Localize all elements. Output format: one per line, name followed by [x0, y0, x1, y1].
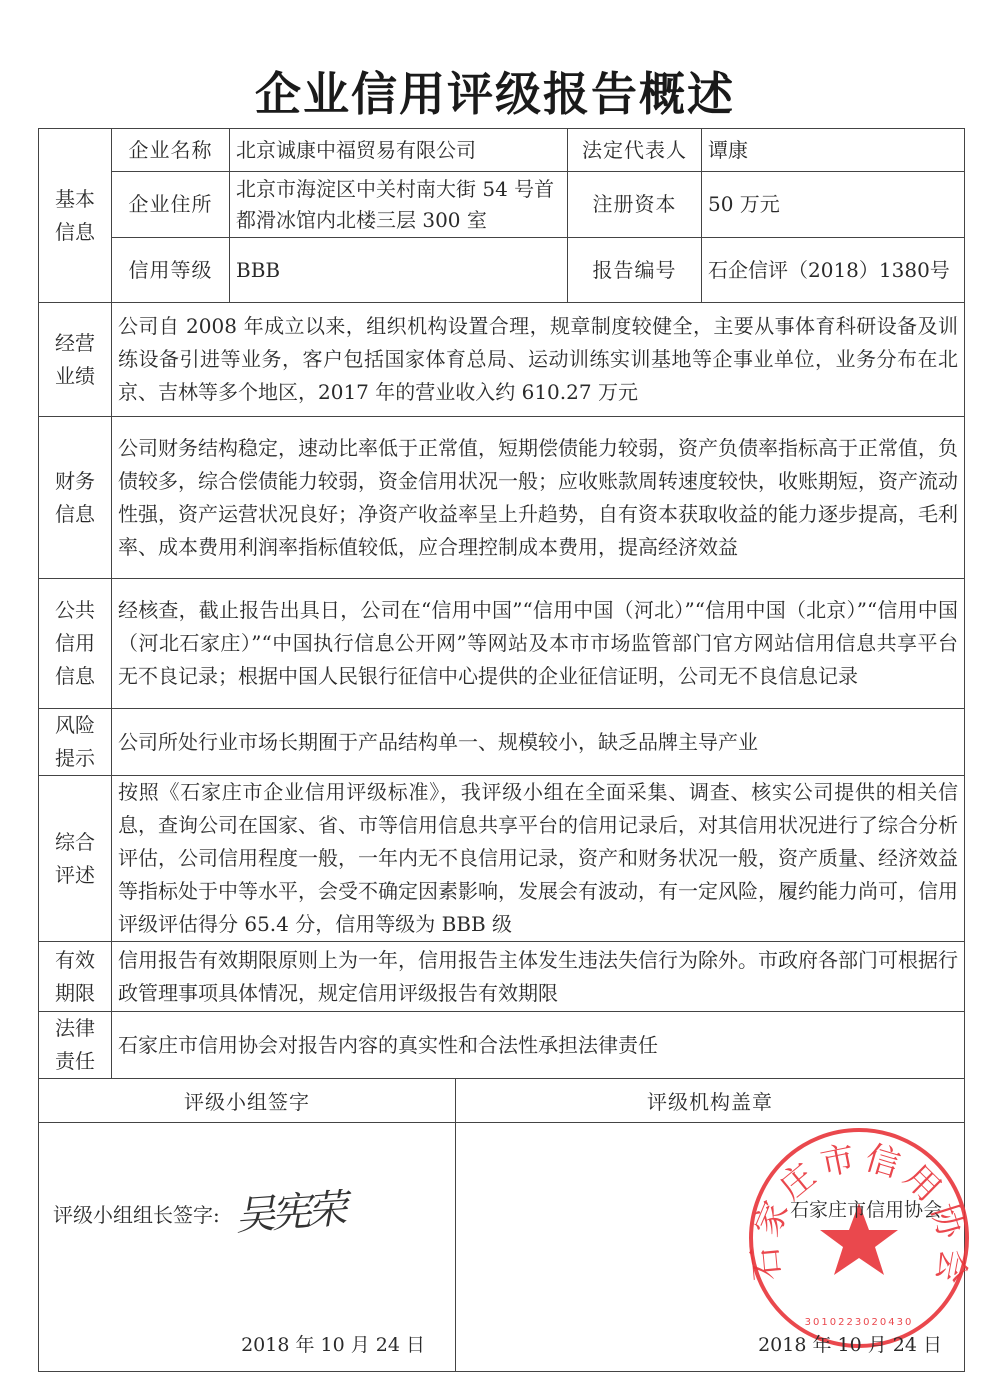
rating-agency-seal-cell: 石家庄市信用协会 3010223020430 石家庄市信用协会 2018 年 1…	[456, 1123, 965, 1372]
public-credit-info-text: 经核查，截止报告出具日，公司在“信用中国”“信用中国（河北）”“信用中国（北京）…	[112, 579, 965, 709]
row-company-name: 基本信息 企业名称 北京诚康中福贸易有限公司 法定代表人 谭康	[39, 129, 965, 172]
row-company-address: 企业住所 北京市海淀区中关村南大街 54 号首都滑冰馆内北楼三层 300 室 注…	[39, 172, 965, 238]
legal-liability-text: 石家庄市信用协会对报告内容的真实性和合法性承担法律责任	[112, 1012, 965, 1079]
registered-capital-value: 50 万元	[702, 172, 965, 238]
report-document: 基本信息 企业名称 北京诚康中福贸易有限公司 法定代表人 谭康 企业住所 北京市…	[38, 128, 964, 1372]
business-performance-text: 公司自 2008 年成立以来，组织机构设置合理，规章制度较健全，主要从事体育科研…	[112, 303, 965, 417]
row-risk-warning: 风险提示 公司所处行业市场长期囿于产品结构单一、规模较小，缺乏品牌主导产业	[39, 709, 965, 776]
section-label-basic-info: 基本信息	[39, 129, 112, 303]
section-label: 经营业绩	[39, 303, 112, 417]
row-financial-info: 财务信息 公司财务结构稳定，速动比率低于正常值，短期偿债能力较弱，资产负债率指标…	[39, 417, 965, 579]
rating-agency-seal-header: 评级机构盖章	[456, 1079, 965, 1123]
official-seal-icon: 石家庄市信用协会 3010223020430	[746, 1125, 972, 1351]
label-basic-1: 基本	[55, 187, 95, 211]
rating-team-signature-header: 评级小组签字	[39, 1079, 456, 1123]
section-label: 风险提示	[39, 709, 112, 776]
section-label: 财务信息	[39, 417, 112, 579]
overall-review-text: 按照《石家庄市企业信用评级标准》，我评级小组在全面采集、调查、核实公司提供的相关…	[112, 776, 965, 942]
validity-period-text: 信用报告有效期限原则上为一年，信用报告主体发生违法失信行为除外。市政府各部门可根…	[112, 942, 965, 1012]
report-number-value: 石企信评（2018）1380号	[702, 238, 965, 303]
section-label: 法律责任	[39, 1012, 112, 1079]
row-business-performance: 经营业绩 公司自 2008 年成立以来，组织机构设置合理，规章制度较健全，主要从…	[39, 303, 965, 417]
svg-text:3010223020430: 3010223020430	[805, 1317, 914, 1328]
row-overall-review: 综合评述 按照《石家庄市企业信用评级标准》，我评级小组在全面采集、调查、核实公司…	[39, 776, 965, 942]
row-legal-liability: 法律责任 石家庄市信用协会对报告内容的真实性和合法性承担法律责任	[39, 1012, 965, 1079]
team-leader-signature-label: 评级小组组长签字:	[53, 1199, 220, 1228]
rating-team-signature-cell: 评级小组组长签字: 吴宪荣 2018 年 10 月 24 日	[39, 1123, 456, 1372]
field-label: 企业名称	[112, 129, 230, 172]
risk-warning-text: 公司所处行业市场长期囿于产品结构单一、规模较小，缺乏品牌主导产业	[112, 709, 965, 776]
section-label: 有效期限	[39, 942, 112, 1012]
section-label: 综合评述	[39, 776, 112, 942]
row-validity-period: 有效期限 信用报告有效期限原则上为一年，信用报告主体发生违法失信行为除外。市政府…	[39, 942, 965, 1012]
report-table: 基本信息 企业名称 北京诚康中福贸易有限公司 法定代表人 谭康 企业住所 北京市…	[38, 128, 965, 1079]
signature-table: 评级小组签字 评级机构盖章 评级小组组长签字: 吴宪荣 2018 年 10 月 …	[38, 1078, 965, 1372]
section-label: 公共信用信息	[39, 579, 112, 709]
row-public-credit-info: 公共信用信息 经核查，截止报告出具日，公司在“信用中国”“信用中国（河北）”“信…	[39, 579, 965, 709]
field-label: 企业住所	[112, 172, 230, 238]
field-label: 注册资本	[568, 172, 702, 238]
company-address-value: 北京市海淀区中关村南大街 54 号首都滑冰馆内北楼三层 300 室	[230, 172, 568, 238]
label-basic-2: 信息	[55, 220, 95, 244]
legal-rep-value: 谭康	[702, 129, 965, 172]
team-signature-date: 2018 年 10 月 24 日	[241, 1330, 425, 1357]
field-label: 信用等级	[112, 238, 230, 303]
field-label: 法定代表人	[568, 129, 702, 172]
document-title: 企业信用评级报告概述	[0, 58, 990, 124]
seal-date: 2018 年 10 月 24 日	[758, 1330, 942, 1357]
company-name-value: 北京诚康中福贸易有限公司	[230, 129, 568, 172]
row-credit-grade: 信用等级 BBB 报告编号 石企信评（2018）1380号	[39, 238, 965, 303]
rating-agency-name: 石家庄市信用协会	[790, 1195, 942, 1222]
handwritten-signature: 吴宪荣	[233, 1177, 345, 1241]
credit-grade-value: BBB	[230, 238, 568, 303]
financial-info-text: 公司财务结构稳定，速动比率低于正常值，短期偿债能力较弱，资产负债率指标高于正常值…	[112, 417, 965, 579]
field-label: 报告编号	[568, 238, 702, 303]
